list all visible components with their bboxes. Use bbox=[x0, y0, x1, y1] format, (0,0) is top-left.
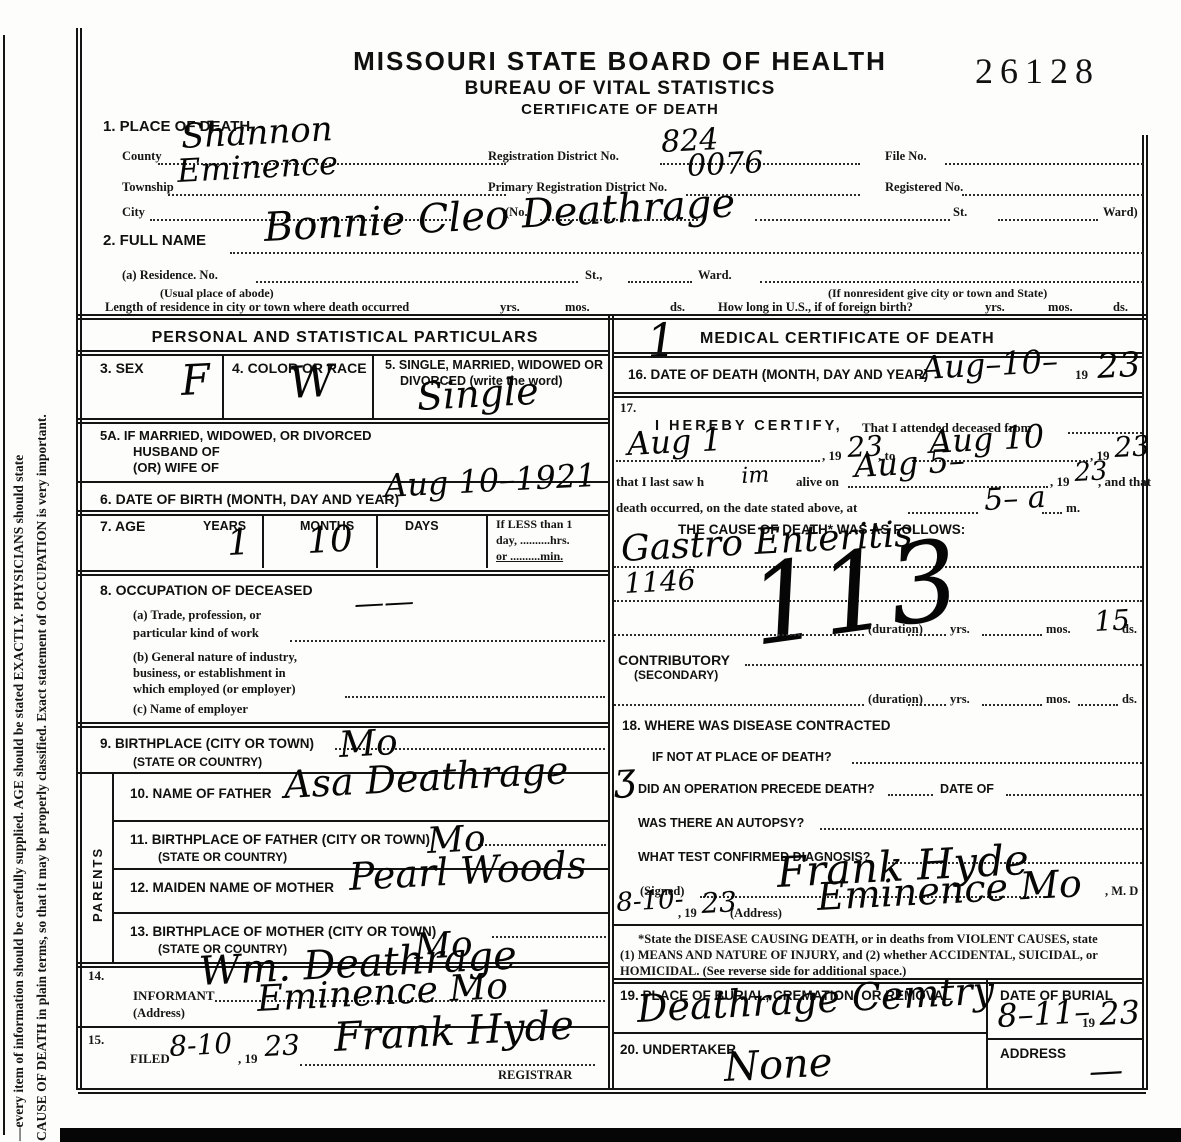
age-years-value: 1 bbox=[226, 525, 251, 562]
residence-ward-label: Ward. bbox=[698, 268, 732, 283]
date-of-death-label: 16. DATE OF DEATH (MONTH, DAY AND YEAR) bbox=[628, 367, 928, 382]
less-than-day-line1: If LESS than 1 bbox=[496, 517, 572, 532]
filed-label: FILED bbox=[130, 1051, 170, 1067]
father-name-label: 10. NAME OF FATHER bbox=[130, 786, 272, 801]
last-alive-date-value: Aug 5– bbox=[853, 444, 965, 482]
cell-divider bbox=[262, 514, 264, 568]
registration-district-label: Registration District No. bbox=[488, 149, 619, 164]
mos-label: mos. bbox=[1048, 300, 1073, 315]
operation-label: DID AN OPERATION PRECEDE DEATH? bbox=[638, 782, 875, 796]
rule bbox=[78, 418, 610, 424]
length-residence-label: Length of residence in city or town wher… bbox=[105, 300, 409, 315]
cell-divider bbox=[486, 514, 488, 568]
death-certificate-scan: —every item of information should be car… bbox=[0, 0, 1181, 1142]
footnote-line1: *State the DISEASE CAUSING DEATH, or in … bbox=[638, 932, 1098, 947]
filed-year-printed: , 19 bbox=[238, 1051, 258, 1067]
dotted-leader bbox=[1078, 704, 1118, 706]
dotted-leader bbox=[852, 762, 1142, 764]
dotted-leader bbox=[908, 634, 946, 636]
nonresident-note: (If nonresident give city or town and St… bbox=[828, 286, 1047, 301]
dotted-leader bbox=[962, 194, 1143, 196]
abode-note: (Usual place of abode) bbox=[160, 286, 274, 301]
sign-year-printed: , 19 bbox=[678, 906, 697, 921]
alive-on-label: alive on bbox=[796, 474, 839, 490]
yrs-label: yrs. bbox=[985, 300, 1005, 315]
dotted-leader bbox=[300, 1064, 595, 1066]
rule bbox=[78, 510, 610, 516]
yrs-label: yrs. bbox=[500, 300, 520, 315]
disease-contracted-label: 18. WHERE WAS DISEASE CONTRACTED bbox=[622, 718, 891, 733]
autopsy-label: WAS THERE AN AUTOPSY? bbox=[638, 816, 804, 830]
right-border bbox=[1142, 135, 1148, 1090]
date-of-birth-value: Aug 10–1921 bbox=[383, 459, 597, 502]
dod-year-value: 23 bbox=[1096, 348, 1141, 384]
occupation-b-line2: business, or establishment in bbox=[133, 666, 286, 681]
bureau-subtitle: BUREAU OF VITAL STATISTICS bbox=[300, 78, 940, 100]
margin-note-line2: CAUSE OF DEATH in plain terms, so that i… bbox=[34, 414, 50, 1141]
date-of-operation-label: DATE OF bbox=[940, 782, 994, 796]
contributory-label: CONTRIBUTORY bbox=[618, 652, 730, 668]
occupation-mark: —— bbox=[353, 587, 414, 620]
item-15-number: 15. bbox=[88, 1032, 104, 1048]
last-saw-hw: im bbox=[741, 465, 770, 488]
board-title: MISSOURI STATE BOARD OF HEALTH bbox=[300, 46, 940, 77]
township-value: Eminence bbox=[176, 147, 338, 187]
rule bbox=[614, 924, 1142, 926]
mother-maiden-name-label: 12. MAIDEN NAME OF MOTHER bbox=[130, 880, 334, 895]
duration-ds-label: ds. bbox=[1122, 692, 1137, 707]
age-label: 7. AGE bbox=[100, 518, 145, 534]
dotted-leader bbox=[945, 163, 1143, 165]
item-14-number: 14. bbox=[88, 968, 104, 984]
city-label: City bbox=[122, 205, 145, 220]
rule bbox=[112, 820, 610, 822]
from-year-printed: , 19 bbox=[822, 448, 842, 464]
duration-ds-label: ds. bbox=[1122, 622, 1137, 637]
occupation-b-line1: (b) General nature of industry, bbox=[133, 650, 297, 665]
dotted-leader bbox=[908, 512, 978, 514]
to-year-value: 23 bbox=[1114, 432, 1151, 462]
dotted-leader bbox=[628, 281, 692, 283]
rule bbox=[614, 1032, 986, 1034]
secondary-label: (SECONDARY) bbox=[634, 668, 718, 682]
scan-bottom-strip bbox=[60, 1128, 1181, 1142]
occupation-c-label: (c) Name of employer bbox=[133, 702, 248, 717]
dotted-leader bbox=[908, 704, 946, 706]
less-than-day-line2: day, ..........hrs. bbox=[496, 533, 570, 548]
meridiem-label: m. bbox=[1066, 500, 1080, 516]
full-name-title: 2. FULL NAME bbox=[103, 232, 206, 249]
if-married-label: 5A. IF MARRIED, WIDOWED, OR DIVORCED bbox=[100, 428, 372, 443]
dotted-leader bbox=[230, 252, 1143, 254]
burial-year-value: 23 bbox=[1098, 996, 1140, 1030]
sign-address-label: (Address) bbox=[730, 906, 782, 921]
duration-yrs-label: yrs. bbox=[950, 622, 970, 637]
margin-note-line1: —every item of information should be car… bbox=[11, 455, 27, 1141]
date-of-birth-label: 6. DATE OF BIRTH (MONTH, DAY AND YEAR) bbox=[100, 491, 399, 507]
less-than-day-line3: or ..........min. bbox=[496, 549, 563, 564]
cause-code-small: 1146 bbox=[624, 566, 697, 598]
occupation-a-line1: (a) Trade, profession, or bbox=[133, 608, 261, 623]
last-saw-label: that I last saw h bbox=[616, 474, 704, 490]
undertaker-label: 20. UNDERTAKER bbox=[620, 1042, 736, 1057]
age-months-value: 10 bbox=[306, 522, 354, 560]
dotted-leader bbox=[820, 828, 1142, 830]
filed-year-value: 23 bbox=[264, 1031, 301, 1061]
medical-certificate-title: MEDICAL CERTIFICATE OF DEATH bbox=[700, 330, 995, 348]
dotted-leader bbox=[1042, 512, 1062, 514]
attended-from-value: Aug 1 bbox=[626, 423, 722, 460]
birthplace-state-label: (STATE OR COUNTRY) bbox=[133, 755, 262, 769]
personal-particulars-title: PERSONAL AND STATISTICAL PARTICULARS bbox=[90, 329, 600, 347]
filed-date-value: 8-10 bbox=[169, 1030, 233, 1061]
rule bbox=[112, 912, 610, 914]
occupation-a-line2: particular kind of work bbox=[133, 626, 259, 641]
left-border bbox=[76, 28, 82, 1090]
date-of-death-value: Aug–10– bbox=[920, 345, 1058, 384]
dotted-leader bbox=[888, 794, 933, 796]
operation-squiggle-mark: ʒ bbox=[613, 757, 636, 796]
dotted-leader bbox=[760, 281, 1143, 283]
sign-date-value: 8-10- bbox=[616, 887, 684, 916]
marital-label-line1: 5. SINGLE, MARRIED, WIDOWED OR bbox=[385, 358, 603, 372]
sex-label: 3. SEX bbox=[100, 360, 144, 376]
rule bbox=[78, 570, 610, 576]
item-17-number: 17. bbox=[620, 400, 636, 416]
primary-registration-value: 0076 bbox=[686, 148, 764, 182]
sign-address-value: Eminence Mo bbox=[816, 864, 1083, 916]
undertaker-address-label: ADDRESS bbox=[1000, 1046, 1066, 1061]
father-birthplace-state-label: (STATE OR COUNTRY) bbox=[158, 850, 287, 864]
rule bbox=[78, 350, 610, 356]
father-name-value: Asa Deathrage bbox=[283, 751, 569, 804]
duration-mos-label: mos. bbox=[1046, 622, 1071, 637]
rule bbox=[986, 1038, 1142, 1040]
residence-street-label: St., bbox=[585, 268, 602, 283]
marital-value: Single bbox=[416, 372, 539, 416]
dotted-leader bbox=[345, 696, 605, 698]
dotted-leader bbox=[256, 281, 578, 283]
cause-code-big: 113 bbox=[743, 524, 966, 662]
mother-maiden-name-value: Pearl Woods bbox=[348, 846, 587, 896]
father-birthplace-label: 11. BIRTHPLACE OF FATHER (CITY OR TOWN) bbox=[130, 832, 430, 847]
informant-address-label: (Address) bbox=[133, 1006, 185, 1021]
md-label: , M. D bbox=[1105, 884, 1138, 899]
ward-label: Ward) bbox=[1103, 205, 1138, 220]
county-label: County bbox=[122, 149, 162, 164]
burial-date-value: 8–11– bbox=[996, 995, 1091, 1032]
occupation-b-line3: which employed (or employer) bbox=[133, 682, 296, 697]
parents-box-line bbox=[112, 772, 114, 962]
occupation-label: 8. OCCUPATION OF DECEASED bbox=[100, 582, 313, 598]
file-no-label: File No. bbox=[885, 149, 927, 164]
alive-year-printed: , 19 bbox=[1050, 474, 1070, 490]
death-occurred-label: death occurred, on the date stated above… bbox=[616, 500, 857, 516]
cell-divider bbox=[222, 356, 224, 418]
dotted-leader bbox=[616, 460, 820, 462]
dotted-leader bbox=[290, 640, 605, 642]
township-label: Township bbox=[122, 180, 174, 195]
serial-number: 26128 bbox=[975, 50, 1100, 92]
mos-label: mos. bbox=[565, 300, 590, 315]
registrar-label: REGISTRAR bbox=[498, 1068, 572, 1083]
footnote-line2: (1) MEANS AND NATURE OF INJURY, and (2) … bbox=[620, 948, 1098, 963]
undertaker-address-mark: — bbox=[1088, 1053, 1124, 1089]
death-time-value: 5– a bbox=[983, 483, 1046, 516]
rule bbox=[614, 392, 1142, 398]
color-race-value: W bbox=[288, 360, 335, 406]
dotted-leader bbox=[982, 704, 1042, 706]
doc-type-title: CERTIFICATE OF DEATH bbox=[300, 101, 940, 118]
parents-label: PARENTS bbox=[90, 847, 105, 922]
not-at-place-label: IF NOT AT PLACE OF DEATH? bbox=[652, 750, 832, 764]
cell-divider bbox=[372, 356, 374, 418]
and-that-label: , and that bbox=[1098, 474, 1151, 490]
street-label: St. bbox=[953, 205, 967, 220]
husband-of-label: HUSBAND OF bbox=[133, 444, 220, 459]
wife-of-label: (OR) WIFE OF bbox=[133, 460, 219, 475]
scan-edge-line bbox=[3, 35, 5, 1135]
undertaker-value: None bbox=[723, 1042, 833, 1088]
age-days-label: DAYS bbox=[405, 519, 439, 533]
dotted-leader bbox=[614, 704, 864, 706]
dotted-leader bbox=[982, 634, 1042, 636]
duration-mos-label: mos. bbox=[1046, 692, 1071, 707]
dotted-leader bbox=[755, 219, 950, 221]
registrar-signature: Frank Hyde bbox=[333, 1005, 575, 1058]
dotted-leader bbox=[614, 634, 864, 636]
burial-year-printed: 19 bbox=[1082, 1015, 1095, 1031]
ds-label: ds. bbox=[1113, 300, 1128, 315]
dotted-leader bbox=[1006, 794, 1142, 796]
residence-label: (a) Residence. No. bbox=[122, 268, 218, 283]
column-divider bbox=[608, 314, 614, 1090]
birthplace-label: 9. BIRTHPLACE (CITY OR TOWN) bbox=[100, 736, 314, 751]
sex-value: F bbox=[180, 359, 211, 402]
mother-birthplace-label: 13. BIRTHPLACE OF MOTHER (CITY OR TOWN) bbox=[130, 924, 436, 939]
duration-yrs-label: yrs. bbox=[950, 692, 970, 707]
dotted-leader bbox=[998, 219, 1098, 221]
howlong-us-label: How long in U.S., if of foreign birth? bbox=[718, 300, 913, 315]
dotted-leader bbox=[745, 664, 1142, 666]
registered-no-label: Registered No. bbox=[885, 180, 963, 195]
dod-year-printed: 19 bbox=[1075, 367, 1088, 383]
cell-divider bbox=[376, 514, 378, 568]
rule bbox=[614, 352, 1142, 358]
